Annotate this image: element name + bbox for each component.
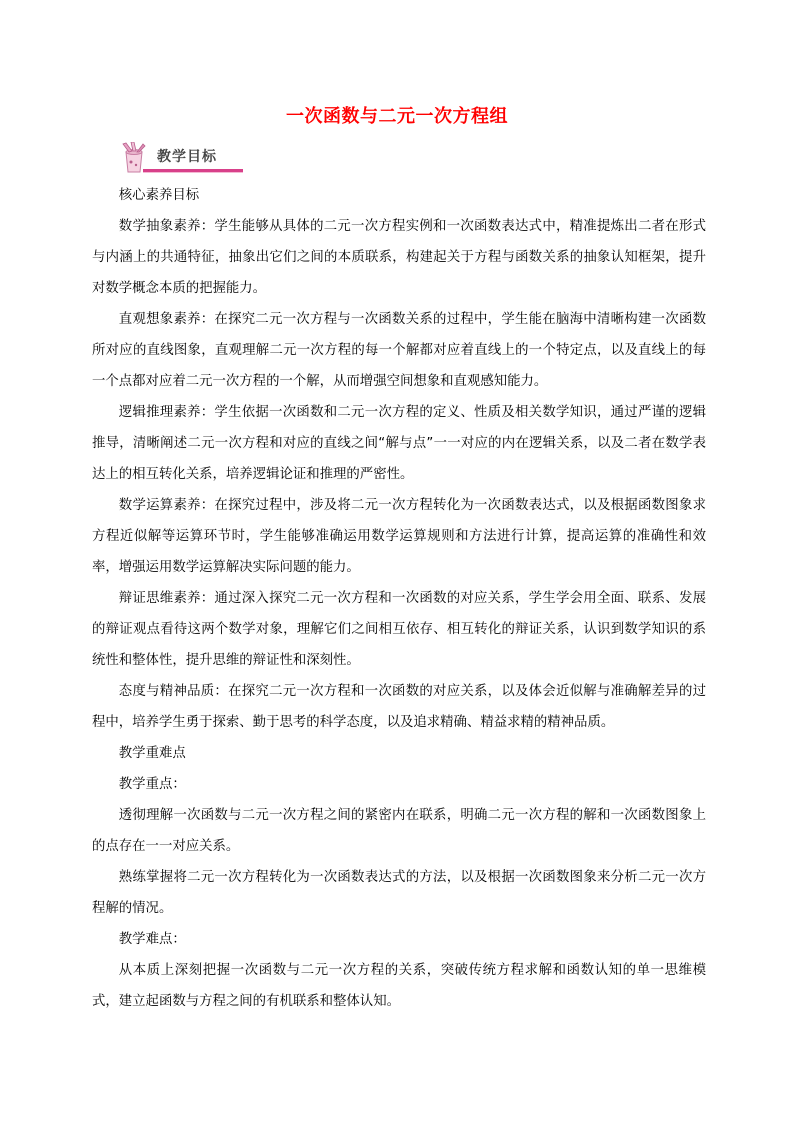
- heading-key-difficult-points: 教学重难点: [92, 738, 706, 769]
- document-title: 一次函数与二元一次方程组: [0, 105, 794, 129]
- section-badge-teaching-goals: 教学目标: [115, 140, 243, 174]
- paragraph-key-point-1: 透彻理解一次函数与二元一次方程之间的紧密内在联系，明确二元一次方程的解和一次函数…: [92, 800, 706, 862]
- paragraph-math-operation: 数学运算素养：在探究过程中，涉及将二元一次方程转化为一次函数表达式，以及根据函数…: [92, 490, 706, 583]
- paragraph-difficulty-1: 从本质上深刻把握一次函数与二元一次方程的关系，突破传统方程求解和函数认知的单一思…: [92, 955, 706, 1017]
- section-badge-label: 教学目标: [157, 148, 217, 166]
- document-page: 一次函数与二元一次方程组 教学目标 核心素养目标 数学抽象素养：学生能够从具体的…: [0, 0, 794, 1123]
- paragraph-intuitive-imagination: 直观想象素养：在探究二元一次方程与一次函数关系的过程中，学生能在脑海中清晰构建一…: [92, 304, 706, 397]
- paragraph-attitude-spirit: 态度与精神品质：在探究二元一次方程和一次函数的对应关系，以及体会近似解与准确解差…: [92, 676, 706, 738]
- heading-teaching-difficulties: 教学难点：: [92, 924, 706, 955]
- document-body: 核心素养目标 数学抽象素养：学生能够从具体的二元一次方程实例和一次函数表达式中，…: [92, 180, 706, 1017]
- heading-core-literacy-goals: 核心素养目标: [92, 180, 706, 211]
- paragraph-math-abstraction: 数学抽象素养：学生能够从具体的二元一次方程实例和一次函数表达式中，精准提炼出二者…: [92, 211, 706, 304]
- paragraph-dialectical-thinking: 辩证思维素养：通过深入探究二元一次方程和一次函数的对应关系，学生学会用全面、联系…: [92, 583, 706, 676]
- heading-teaching-key-points: 教学重点：: [92, 769, 706, 800]
- paragraph-key-point-2: 熟练掌握将二元一次方程转化为一次函数表达式的方法，以及根据一次函数图象来分析二元…: [92, 862, 706, 924]
- section-badge-underline: [143, 169, 243, 173]
- paragraph-logical-reasoning: 逻辑推理素养：学生依据一次函数和二元一次方程的定义、性质及相关数学知识，通过严谨…: [92, 397, 706, 490]
